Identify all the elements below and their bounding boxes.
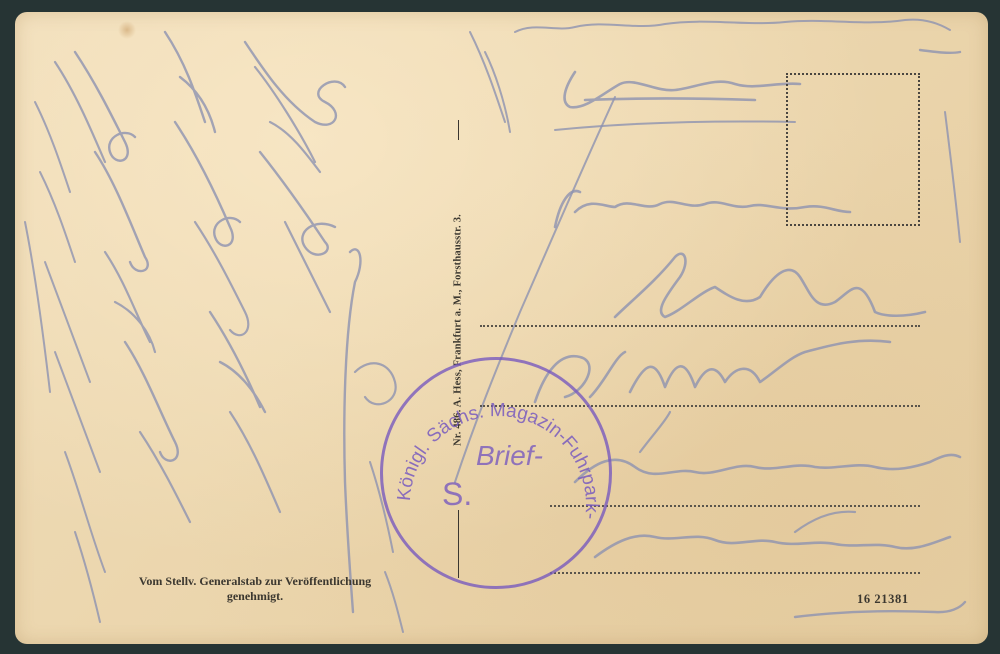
- censor-stamp-center-line1: Brief-: [476, 440, 543, 471]
- card-number: 16 21381: [857, 592, 909, 607]
- scan-background: Nr. 486. A. Hess, Frankfurt a. M., Forst…: [0, 0, 1000, 654]
- censor-stamp: Königl. Sächs. Magazin-Fuhrpark-Kolonne …: [380, 357, 612, 589]
- censor-stamp-ring-text: Königl. Sächs. Magazin-Fuhrpark-Kolonne: [380, 357, 602, 521]
- postcard: Nr. 486. A. Hess, Frankfurt a. M., Forst…: [15, 12, 988, 644]
- approval-note-line2: genehmigt.: [95, 589, 415, 604]
- censor-stamp-graphic: Königl. Sächs. Magazin-Fuhrpark-Kolonne …: [380, 357, 612, 589]
- address-line-1: [480, 325, 920, 327]
- censor-stamp-center-line2: S.: [442, 476, 472, 512]
- approval-note-line1: Vom Stellv. Generalstab zur Veröffentlic…: [95, 574, 415, 589]
- approval-note: Vom Stellv. Generalstab zur Veröffentlic…: [95, 574, 415, 604]
- stamp-box: [786, 73, 920, 226]
